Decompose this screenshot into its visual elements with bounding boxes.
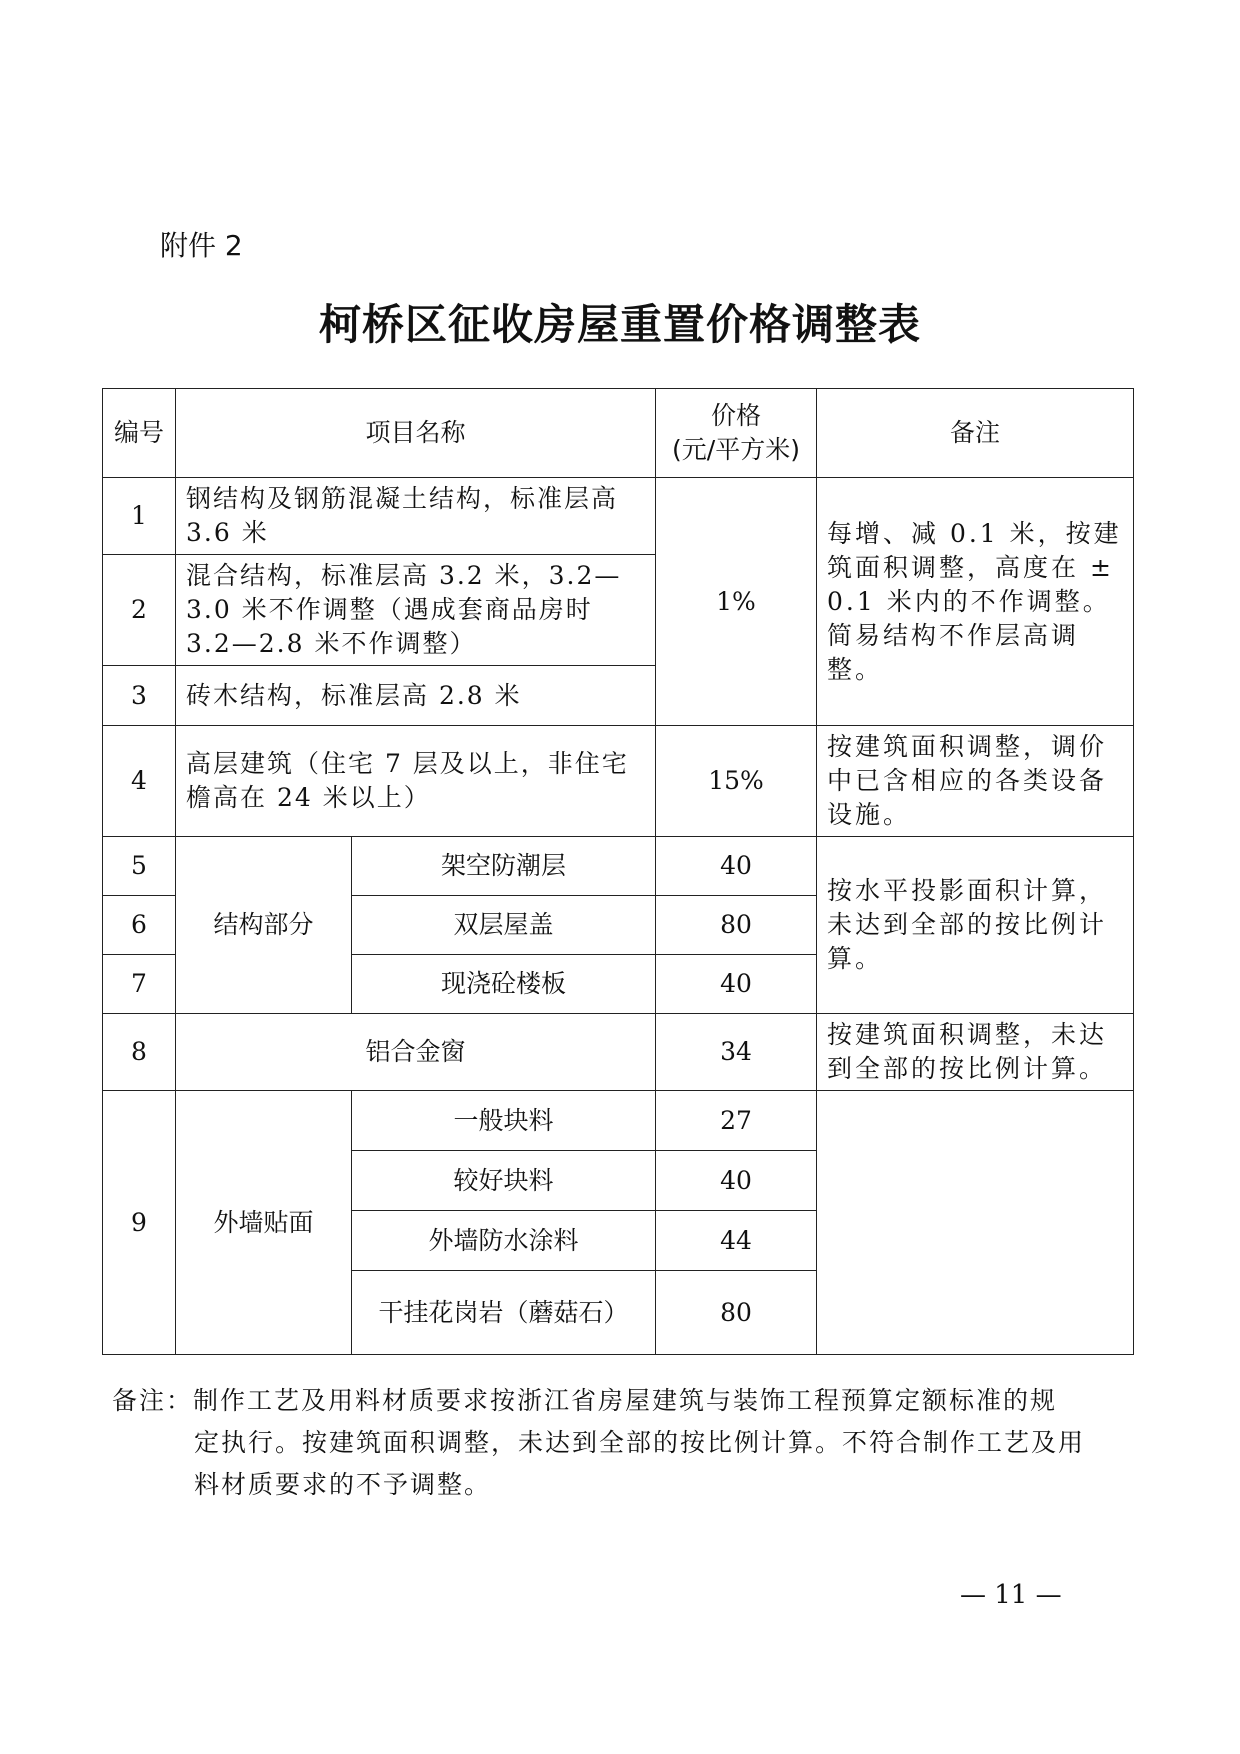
table-row: 4 高层建筑（住宅 7 层及以上，非住宅檐高在 24 米以上） 15% 按建筑面… bbox=[103, 726, 1134, 837]
row-no: 2 bbox=[103, 555, 176, 666]
row-item: 铝合金窗 bbox=[176, 1014, 656, 1091]
row-note: 按建筑面积调整，未达到全部的按比例计算。 bbox=[817, 1014, 1134, 1091]
row-note: 每增、减 0.1 米，按建筑面积调整，高度在 ± 0.1 米内的不作调整。简易结… bbox=[817, 478, 1134, 726]
row-price: 40 bbox=[656, 837, 817, 896]
table-row: 1 钢结构及钢筋混凝土结构，标准层高 3.6 米 1% 每增、减 0.1 米，按… bbox=[103, 478, 1134, 555]
footnote-line1: 制作工艺及用料材质要求按浙江省房屋建筑与装饰工程预算定额标准的规 bbox=[193, 1386, 1057, 1415]
row-group: 外墙贴面 bbox=[176, 1091, 352, 1355]
header-price-line2: (元/平方米) bbox=[666, 433, 806, 467]
header-note: 备注 bbox=[817, 389, 1134, 478]
table-row: 8 铝合金窗 34 按建筑面积调整，未达到全部的按比例计算。 bbox=[103, 1014, 1134, 1091]
row-price: 80 bbox=[656, 1271, 817, 1355]
row-no: 7 bbox=[103, 955, 176, 1014]
row-no: 8 bbox=[103, 1014, 176, 1091]
row-note bbox=[817, 1091, 1134, 1355]
row-group: 结构部分 bbox=[176, 837, 352, 1014]
attachment-label: 附件 2 bbox=[160, 224, 243, 264]
row-no: 6 bbox=[103, 896, 176, 955]
row-item: 砖木结构，标准层高 2.8 米 bbox=[176, 666, 656, 726]
table-row: 5 结构部分 架空防潮层 40 按水平投影面积计算，未达到全部的按比例计算。 bbox=[103, 837, 1134, 896]
row-price: 27 bbox=[656, 1091, 817, 1151]
row-note: 按水平投影面积计算，未达到全部的按比例计算。 bbox=[817, 837, 1134, 1014]
row-item: 混合结构，标准层高 3.2 米，3.2—3.0 米不作调整（遇成套商品房时 3.… bbox=[176, 555, 656, 666]
row-price: 1% bbox=[656, 478, 817, 726]
row-no: 3 bbox=[103, 666, 176, 726]
row-item: 现浇砼楼板 bbox=[352, 955, 656, 1014]
row-item: 干挂花岗岩（蘑菇石） bbox=[352, 1271, 656, 1355]
table-row: 9 外墙贴面 一般块料 27 bbox=[103, 1091, 1134, 1151]
row-price: 40 bbox=[656, 1151, 817, 1211]
row-price: 15% bbox=[656, 726, 817, 837]
header-price-line1: 价格 bbox=[666, 399, 806, 433]
row-price: 34 bbox=[656, 1014, 817, 1091]
row-item: 架空防潮层 bbox=[352, 837, 656, 896]
header-item: 项目名称 bbox=[176, 389, 656, 478]
row-no: 5 bbox=[103, 837, 176, 896]
row-no: 9 bbox=[103, 1091, 176, 1355]
row-item: 双层屋盖 bbox=[352, 896, 656, 955]
footnote-line2: 定执行。按建筑面积调整，未达到全部的按比例计算。不符合制作工艺及用 bbox=[112, 1422, 1132, 1464]
row-no: 1 bbox=[103, 478, 176, 555]
row-item: 一般块料 bbox=[352, 1091, 656, 1151]
footnote-label: 备注： bbox=[112, 1386, 193, 1415]
table-header-row: 编号 项目名称 价格 (元/平方米) 备注 bbox=[103, 389, 1134, 478]
page-number: — 11 — bbox=[960, 1580, 1062, 1610]
row-price: 44 bbox=[656, 1211, 817, 1271]
page-title: 柯桥区征收房屋重置价格调整表 bbox=[0, 292, 1240, 352]
header-no: 编号 bbox=[103, 389, 176, 478]
row-item: 高层建筑（住宅 7 层及以上，非住宅檐高在 24 米以上） bbox=[176, 726, 656, 837]
price-adjustment-table: 编号 项目名称 价格 (元/平方米) 备注 1 钢结构及钢筋混凝土结构，标准层高… bbox=[102, 388, 1134, 1355]
footnote: 备注：制作工艺及用料材质要求按浙江省房屋建筑与装饰工程预算定额标准的规 定执行。… bbox=[112, 1380, 1132, 1506]
header-price: 价格 (元/平方米) bbox=[656, 389, 817, 478]
row-note: 按建筑面积调整，调价中已含相应的各类设备设施。 bbox=[817, 726, 1134, 837]
row-price: 40 bbox=[656, 955, 817, 1014]
footnote-line3: 料材质要求的不予调整。 bbox=[112, 1464, 1132, 1506]
row-item: 钢结构及钢筋混凝土结构，标准层高 3.6 米 bbox=[176, 478, 656, 555]
row-price: 80 bbox=[656, 896, 817, 955]
row-item: 较好块料 bbox=[352, 1151, 656, 1211]
row-item: 外墙防水涂料 bbox=[352, 1211, 656, 1271]
row-no: 4 bbox=[103, 726, 176, 837]
